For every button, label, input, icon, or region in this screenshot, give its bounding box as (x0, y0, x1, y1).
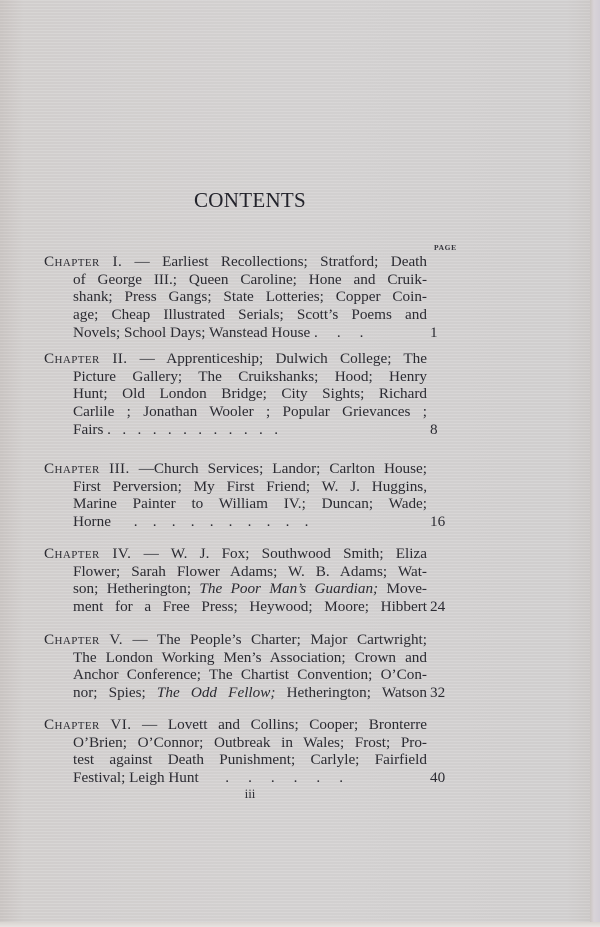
page-edge (590, 0, 600, 927)
toc-line: Chapter V. — The People’s Charter; Major… (44, 631, 427, 649)
toc-text: Novels; School Days; Wanstead House (73, 324, 310, 341)
page-folio: iii (0, 786, 500, 802)
page-number: 24 (430, 598, 458, 616)
toc-line: Horne . . . . . . . . . .16 (73, 513, 427, 531)
dot-leaders: . . . (310, 324, 363, 341)
toc-line: Anchor Conference; The Chartist Conventi… (73, 666, 427, 684)
toc-text: age; Cheap Illustrated Serials; Scott’s … (73, 306, 427, 323)
toc-text: First Perversion; My First Friend; W. J.… (73, 478, 427, 495)
em-dash: — (131, 545, 170, 562)
toc-line: First Perversion; My First Friend; W. J.… (73, 478, 427, 496)
toc-text: Flower; Sarah Flower Adams; W. B. Adams;… (73, 563, 427, 580)
em-dash: — (130, 460, 154, 477)
toc-line: shank; Press Gangs; State Lotteries; Cop… (73, 288, 427, 306)
toc-text: Hetherington; Watson (275, 684, 427, 701)
toc-text: Festival; Leigh Hunt (73, 769, 199, 786)
em-dash: — (123, 631, 157, 648)
dot-leaders: . . . . . . . . . . . . (103, 421, 278, 438)
toc-entry-chapter-3[interactable]: Chapter III. —Church Services; Landor; C… (44, 460, 458, 531)
toc-text: Apprenticeship; Dulwich College; The (166, 350, 427, 367)
page-title: CONTENTS (0, 188, 500, 213)
dot-leaders: . . . . . . (199, 769, 343, 786)
toc-text: Fairs (73, 421, 103, 438)
toc-text: W. J. Fox; Southwood Smith; Eliza (171, 545, 427, 562)
toc-line: Fairs . . . . . . . . . . . .8 (73, 421, 427, 439)
toc-line: Chapter IV. — W. J. Fox; Southwood Smith… (44, 545, 427, 563)
em-dash: — (131, 716, 167, 733)
page-number: 8 (430, 421, 458, 439)
toc-entry-chapter-2[interactable]: Chapter II. — Apprenticeship; Dulwich Co… (44, 350, 458, 438)
toc-line: Chapter I. — Earliest Recollections; Str… (44, 253, 427, 271)
toc-text: Carlile ; Jonathan Wooler ; Popular Grie… (73, 403, 427, 420)
italic-title: The Odd Fellow; (157, 684, 276, 701)
toc-text: O’Brien; O’Connor; Outbreak in Wales; Fr… (73, 734, 427, 751)
toc-text: ment for a Free Press; Heywood; Moore; H… (73, 598, 427, 615)
toc-line: Chapter II. — Apprenticeship; Dulwich Co… (44, 350, 427, 368)
toc-line: The London Working Men’s Association; Cr… (73, 649, 427, 667)
page-column-header: PAGE (434, 243, 457, 252)
toc-text: son; Hetherington; (73, 580, 199, 597)
toc-text: Hunt; Old London Bridge; City Sights; Ri… (73, 385, 427, 402)
toc-text: Earliest Recollections; Stratford; Death (162, 253, 427, 270)
toc-line: Carlile ; Jonathan Wooler ; Popular Grie… (73, 403, 427, 421)
toc-line: Flower; Sarah Flower Adams; W. B. Adams;… (73, 563, 427, 581)
toc-text: Lovett and Collins; Cooper; Bronterre (168, 716, 427, 733)
italic-title: The Poor Man’s Guardian; (199, 580, 378, 597)
chapter-label: Chapter II. (44, 350, 127, 367)
toc-text: The London Working Men’s Association; Cr… (73, 649, 427, 666)
book-page: CONTENTS PAGE Chapter I. — Earliest Reco… (0, 0, 592, 922)
toc-line: Novels; School Days; Wanstead House . . … (73, 324, 427, 342)
toc-text: Church Services; Landor; Carlton House; (154, 460, 427, 477)
toc-text: Horne (73, 513, 111, 530)
dot-leaders: . . . . . . . . . . (111, 513, 308, 530)
toc-entry-chapter-1[interactable]: Chapter I. — Earliest Recollections; Str… (44, 253, 458, 341)
toc-text: Marine Painter to William IV.; Duncan; W… (73, 495, 427, 512)
toc-line: test against Death Punishment; Carlyle; … (73, 751, 427, 769)
toc-entry-chapter-4[interactable]: Chapter IV. — W. J. Fox; Southwood Smith… (44, 545, 458, 616)
toc-line: nor; Spies; The Odd Fellow; Hetherington… (73, 684, 427, 702)
chapter-label: Chapter III. (44, 460, 130, 477)
chapter-label: Chapter V. (44, 631, 123, 648)
toc-line: Festival; Leigh Hunt . . . . . .40 (73, 769, 427, 787)
toc-text: Move- (378, 580, 427, 597)
toc-line: ment for a Free Press; Heywood; Moore; H… (73, 598, 427, 616)
toc-text: The People’s Charter; Major Cartwright; (157, 631, 427, 648)
toc-line: Picture Gallery; The Cruikshanks; Hood; … (73, 368, 427, 386)
page-bottom-edge (0, 922, 600, 927)
toc-text: test against Death Punishment; Carlyle; … (73, 751, 427, 768)
toc-line: Hunt; Old London Bridge; City Sights; Ri… (73, 385, 427, 403)
toc-line: son; Hetherington; The Poor Man’s Guardi… (73, 580, 427, 598)
toc-text: shank; Press Gangs; State Lotteries; Cop… (73, 288, 427, 305)
toc-line: Chapter III. —Church Services; Landor; C… (44, 460, 427, 478)
chapter-label: Chapter VI. (44, 716, 131, 733)
toc-entry-chapter-5[interactable]: Chapter V. — The People’s Charter; Major… (44, 631, 458, 702)
toc-line: of George III.; Queen Caroline; Hone and… (73, 271, 427, 289)
toc-line: age; Cheap Illustrated Serials; Scott’s … (73, 306, 427, 324)
em-dash: — (122, 253, 162, 270)
toc-line: Chapter VI. — Lovett and Collins; Cooper… (44, 716, 427, 734)
page-number: 16 (430, 513, 458, 531)
toc-text: nor; Spies; (73, 684, 157, 701)
page-number: 40 (430, 769, 458, 787)
toc-line: Marine Painter to William IV.; Duncan; W… (73, 495, 427, 513)
chapter-label: Chapter IV. (44, 545, 131, 562)
chapter-label: Chapter I. (44, 253, 122, 270)
page-number: 32 (430, 684, 458, 702)
toc-text: of George III.; Queen Caroline; Hone and… (73, 271, 427, 288)
page-number: 1 (430, 324, 458, 342)
toc-text: Anchor Conference; The Chartist Conventi… (73, 666, 427, 683)
toc-line: O’Brien; O’Connor; Outbreak in Wales; Fr… (73, 734, 427, 752)
toc-entry-chapter-6[interactable]: Chapter VI. — Lovett and Collins; Cooper… (44, 716, 458, 787)
em-dash: — (127, 350, 166, 367)
toc-text: Picture Gallery; The Cruikshanks; Hood; … (73, 368, 427, 385)
